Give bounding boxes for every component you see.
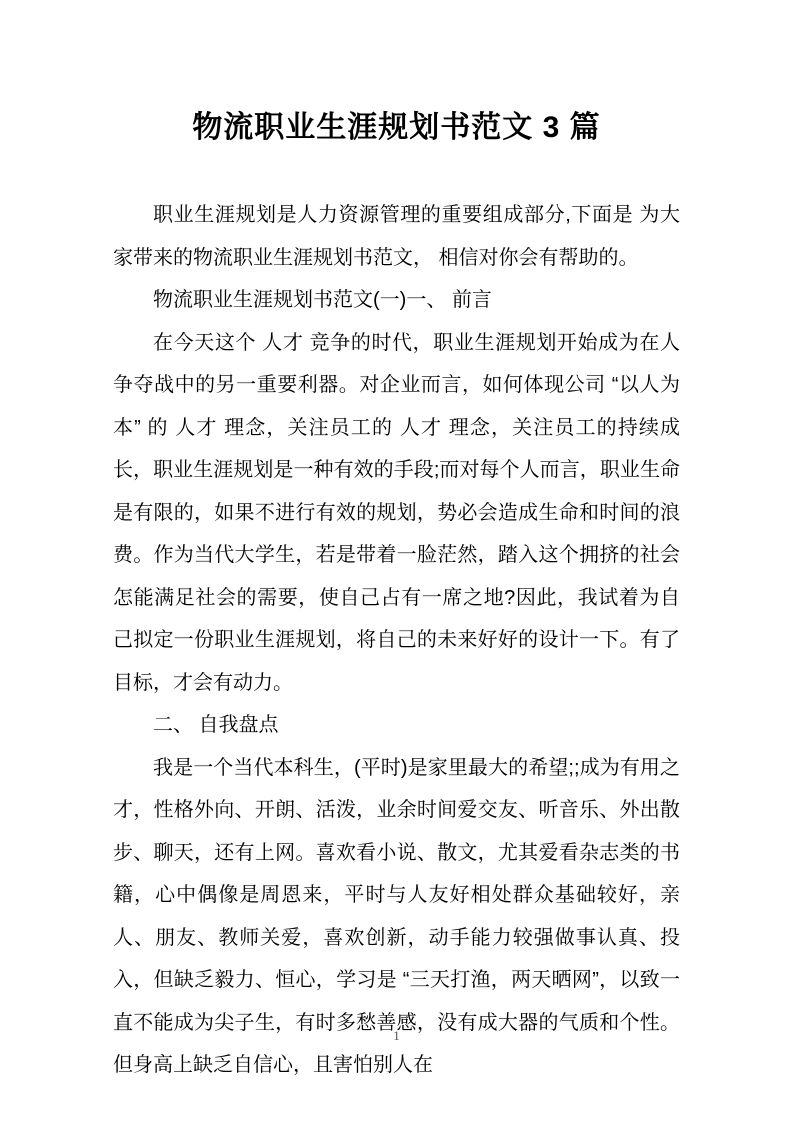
document-page: 物流职业生涯规划书范文 3 篇 职业生涯规划是人力资源管理的重要组成部分,下面是… xyxy=(0,0,793,1122)
paragraph: 物流职业生涯规划书范文(一)一、 前言 xyxy=(113,279,680,322)
paragraph: 职业生涯规划是人力资源管理的重要组成部分,下面是 为大家带来的物流职业生涯规划书… xyxy=(113,194,680,279)
document-body: 职业生涯规划是人力资源管理的重要组成部分,下面是 为大家带来的物流职业生涯规划书… xyxy=(0,194,793,1087)
page-number: 1 xyxy=(0,1028,793,1044)
paragraph: 在今天这个 人才 竞争的时代，职业生涯规划开始成为在人争夺战中的另一重要利器。对… xyxy=(113,322,680,705)
document-title: 物流职业生涯规划书范文 3 篇 xyxy=(0,0,793,150)
paragraph: 二、 自我盘点 xyxy=(113,704,680,747)
